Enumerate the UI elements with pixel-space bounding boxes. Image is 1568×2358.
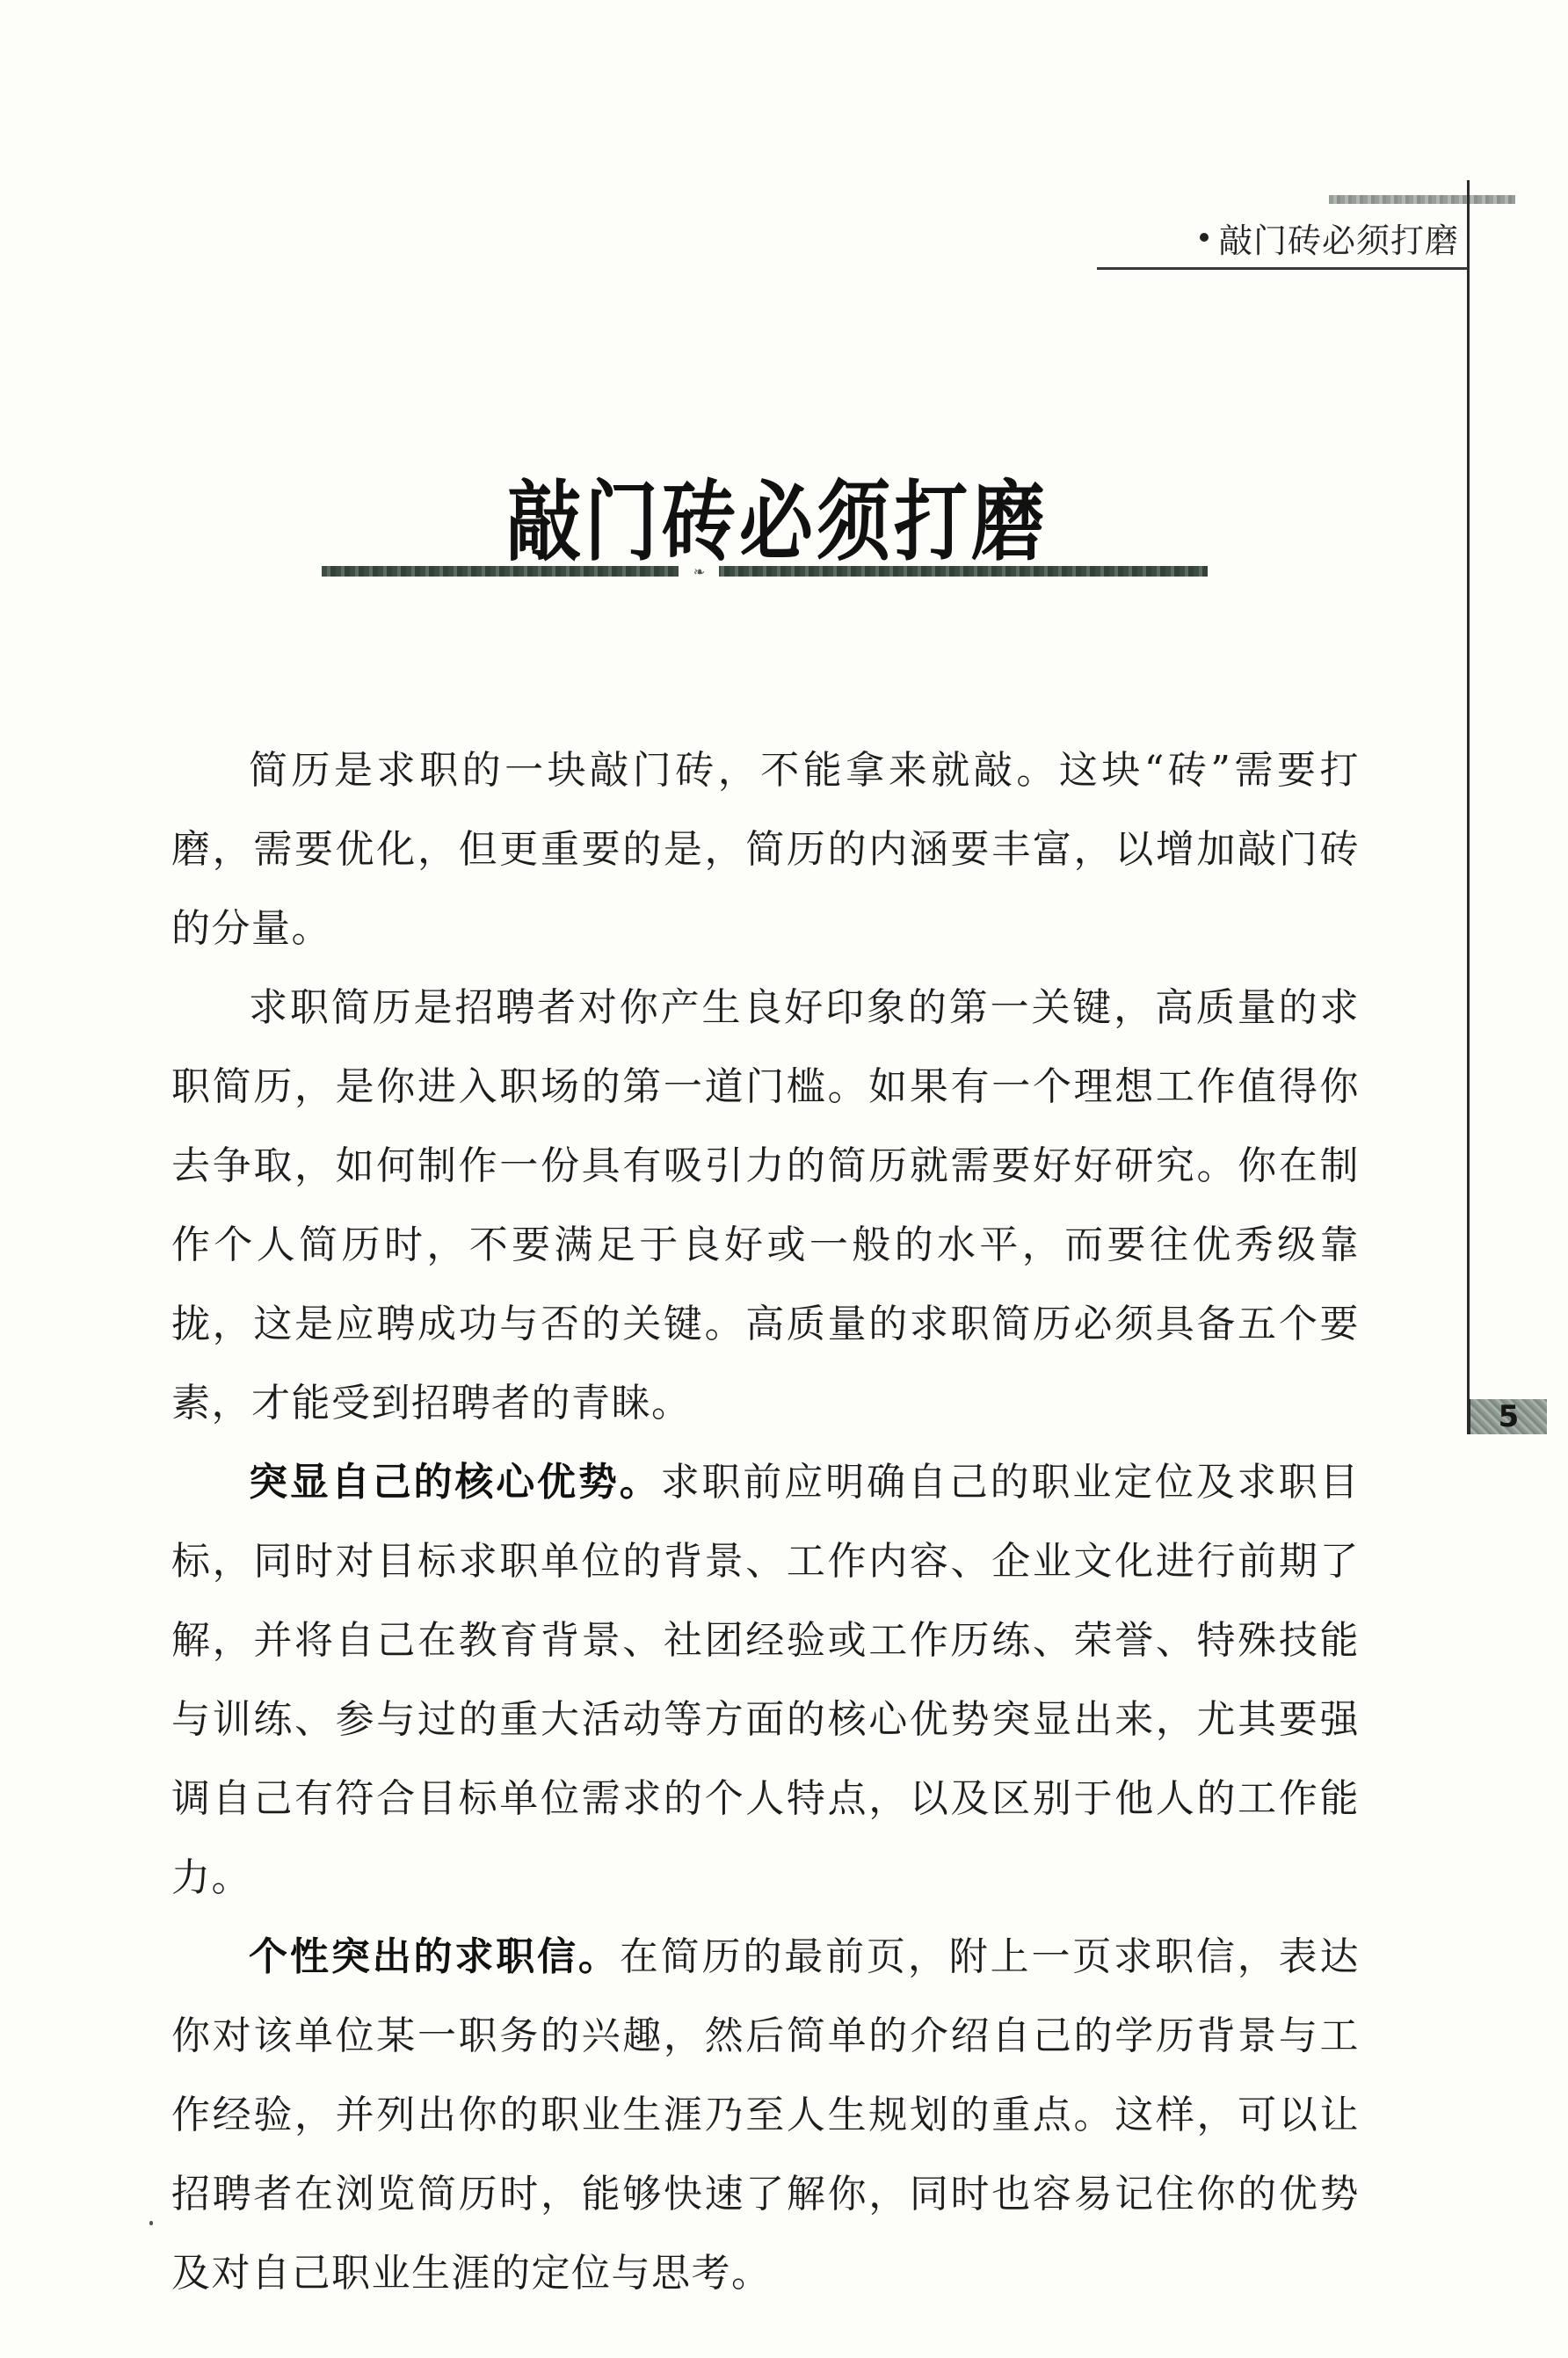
header-decorative-bar: [1329, 195, 1515, 204]
chapter-title: 敲门砖必须打磨: [316, 470, 1239, 574]
paragraph-text: 简历是求职的一块敲门砖，不能拿来就敲。这块“砖”需要打磨，需要优化，但更重要的是…: [171, 748, 1360, 951]
paragraph-text: 求职前应明确自己的职业定位及求职目标，同时对目标求职单位的背景、工作内容、企业文…: [171, 1460, 1360, 1900]
page-number-tab: 5: [1467, 1399, 1547, 1434]
paragraph-lead-bold: 突显自己的核心优势。: [249, 1460, 661, 1505]
paragraph-resume-quality: 求职简历是招聘者对你产生良好印象的第一关键，高质量的求职简历，是你进入职场的第一…: [171, 969, 1360, 1443]
scan-speck: [149, 2221, 153, 2225]
paragraph-core-strengths: 突显自己的核心优势。求职前应明确自己的职业定位及求职目标，同时对目标求职单位的背…: [171, 1443, 1360, 1918]
paragraph-text: 求职简历是招聘者对你产生良好印象的第一关键，高质量的求职简历，是你进入职场的第一…: [171, 985, 1360, 1426]
running-header-title: 敲门砖必须打磨: [1219, 214, 1459, 262]
header-underline-rule: [1097, 267, 1468, 270]
paragraph-intro: 简历是求职的一块敲门砖，不能拿来就敲。这块“砖”需要打磨，需要优化，但更重要的是…: [171, 731, 1360, 969]
title-decorative-rule: [322, 566, 1208, 577]
margin-vertical-rule: [1467, 180, 1470, 1434]
paragraph-text: 在简历的最前页，附上一页求职信，表达你对该单位某一职务的兴趣，然后简单的介绍自己…: [171, 1934, 1360, 2296]
body-text: 简历是求职的一块敲门砖，不能拿来就敲。这块“砖”需要打磨，需要优化，但更重要的是…: [171, 731, 1360, 2313]
paragraph-lead-bold: 个性突出的求职信。: [249, 1934, 620, 1979]
ornament-icon: ❧: [679, 562, 719, 580]
bullet-icon: [1200, 233, 1209, 242]
running-header: 敲门砖必须打磨: [1134, 214, 1459, 260]
paragraph-cover-letter: 个性突出的求职信。在简历的最前页，附上一页求职信，表达你对该单位某一职务的兴趣，…: [171, 1918, 1360, 2313]
